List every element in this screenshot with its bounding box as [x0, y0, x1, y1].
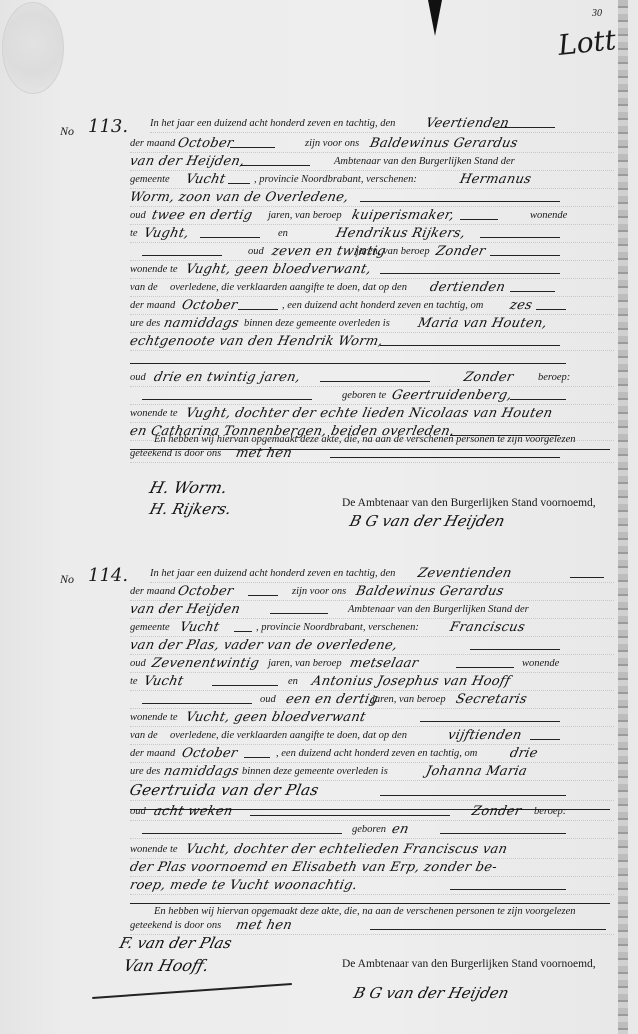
- officer-signature: B G van der Heijden: [352, 984, 511, 1002]
- witness-signature: H. Rijkers.: [148, 500, 233, 518]
- page-number: 30: [592, 8, 602, 19]
- officer-label: De Ambtenaar van den Burgerlijken Stand …: [342, 497, 596, 509]
- record-line-blank: [130, 888, 614, 908]
- page-edge: [618, 0, 628, 1034]
- binding-notch: [428, 0, 442, 36]
- officer-label: De Ambtenaar van den Burgerlijken Stand …: [342, 958, 596, 970]
- record-number: 113.: [88, 116, 128, 137]
- record-no-label: No: [60, 572, 74, 587]
- record-no-label: No: [60, 124, 74, 139]
- embossed-seal: [2, 2, 64, 94]
- register-page: 30 Lott No 113. In het jaar een duizend …: [0, 0, 628, 1034]
- signature-flourish: [92, 983, 292, 998]
- record-line: In het jaar een duizend acht honderd zev…: [150, 112, 614, 133]
- record-line: ure des namiddags binnen deze gemeente o…: [130, 760, 614, 781]
- officer-signature: B G van der Heijden: [348, 512, 507, 530]
- signed-line: geteekend is door ons met hen: [130, 442, 614, 463]
- record-line-blank: [130, 348, 614, 368]
- witness-signature: F. van der Plas: [118, 934, 234, 952]
- signed-line: geteekend is door ons met hen: [130, 914, 614, 935]
- witness-signature: H. Worm.: [148, 478, 230, 497]
- record-number: 114.: [88, 565, 128, 586]
- witness-signature: Van Hooff.: [122, 956, 211, 975]
- folio-mark: Lott: [556, 23, 617, 62]
- record-line: geboren en: [130, 818, 614, 839]
